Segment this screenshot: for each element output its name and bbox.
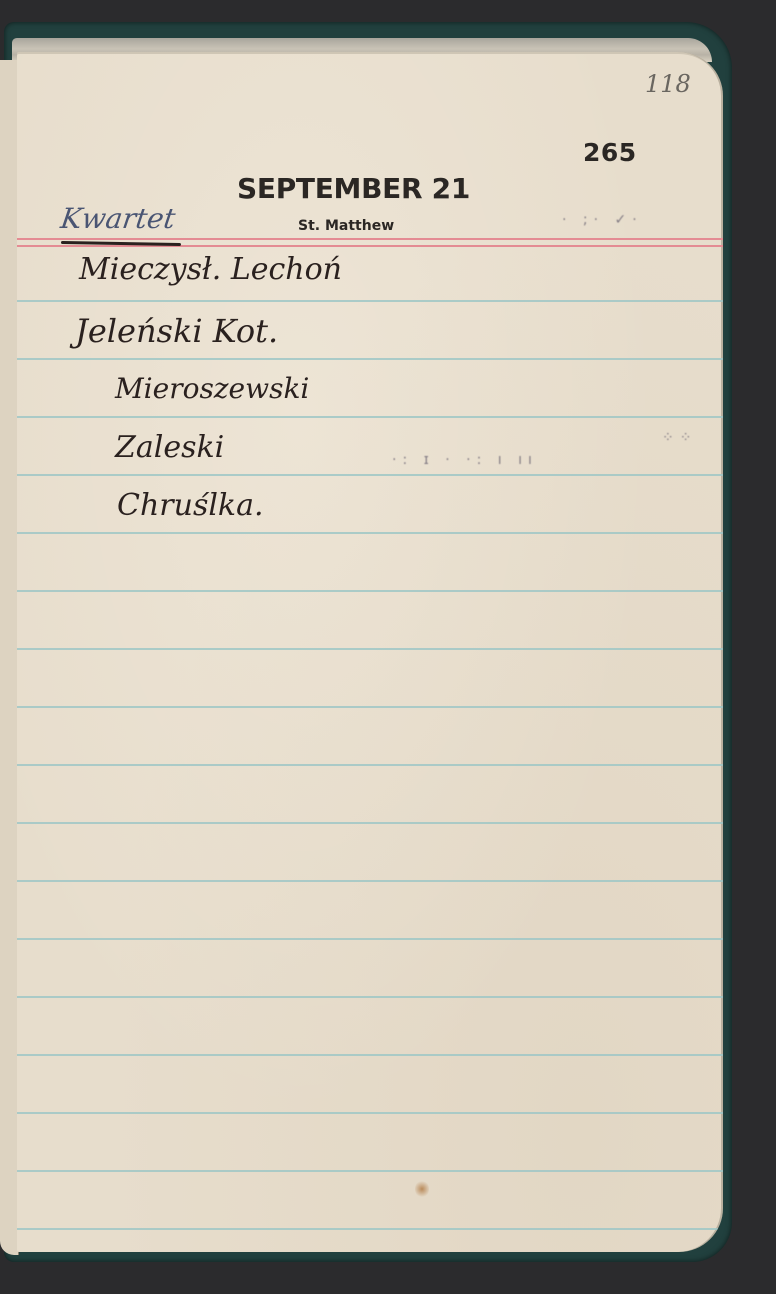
archive-number: 118 (645, 70, 691, 98)
blue-rule-line (17, 474, 723, 476)
blue-rule-line (17, 764, 723, 766)
blue-rule-line (17, 590, 723, 592)
blue-rule-line (17, 416, 723, 418)
blue-rule-line (17, 532, 723, 534)
blue-rule-line (17, 1112, 723, 1114)
handwritten-line-3: Mieroszewski (115, 372, 309, 405)
ink-smudge-right-edge: ⁘⁘ (662, 430, 697, 446)
blue-rule-line (17, 1170, 723, 1172)
blue-rule-line (17, 822, 723, 824)
blue-rule-line (17, 938, 723, 940)
blue-rule-line (17, 880, 723, 882)
blue-rule-line (17, 648, 723, 650)
feast-day: St. Matthew (298, 218, 394, 234)
handwritten-line-1: Mieczysł. Lechoń (79, 252, 342, 287)
blue-rule-line (17, 1228, 723, 1230)
ink-smudge-middle: ·: ɪ · ·: ı ıı (392, 452, 538, 468)
blue-rule-line (17, 996, 723, 998)
handwritten-line-4: Zaleski (115, 430, 224, 465)
handwritten-heading: Kwartet (59, 202, 178, 235)
handwritten-line-2: Jeleński Kot. (75, 312, 278, 350)
blue-rule-line (17, 358, 723, 360)
diary-page: 118 265 SEPTEMBER 21 St. Matthew Kwartet… (17, 52, 723, 1252)
date-heading: SEPTEMBER 21 (237, 172, 470, 205)
red-rule-line (17, 238, 723, 240)
ink-smudge-top-right: · ;· ✓· (562, 212, 643, 228)
handwritten-line-5: Chruślka. (117, 488, 264, 523)
red-rule-line (17, 245, 723, 247)
photo-scene: 118 265 SEPTEMBER 21 St. Matthew Kwartet… (0, 0, 776, 1294)
paper-stain (415, 1180, 429, 1198)
page-number: 265 (583, 138, 637, 167)
blue-rule-line (17, 300, 723, 302)
blue-rule-line (17, 1054, 723, 1056)
blue-rule-line (17, 706, 723, 708)
